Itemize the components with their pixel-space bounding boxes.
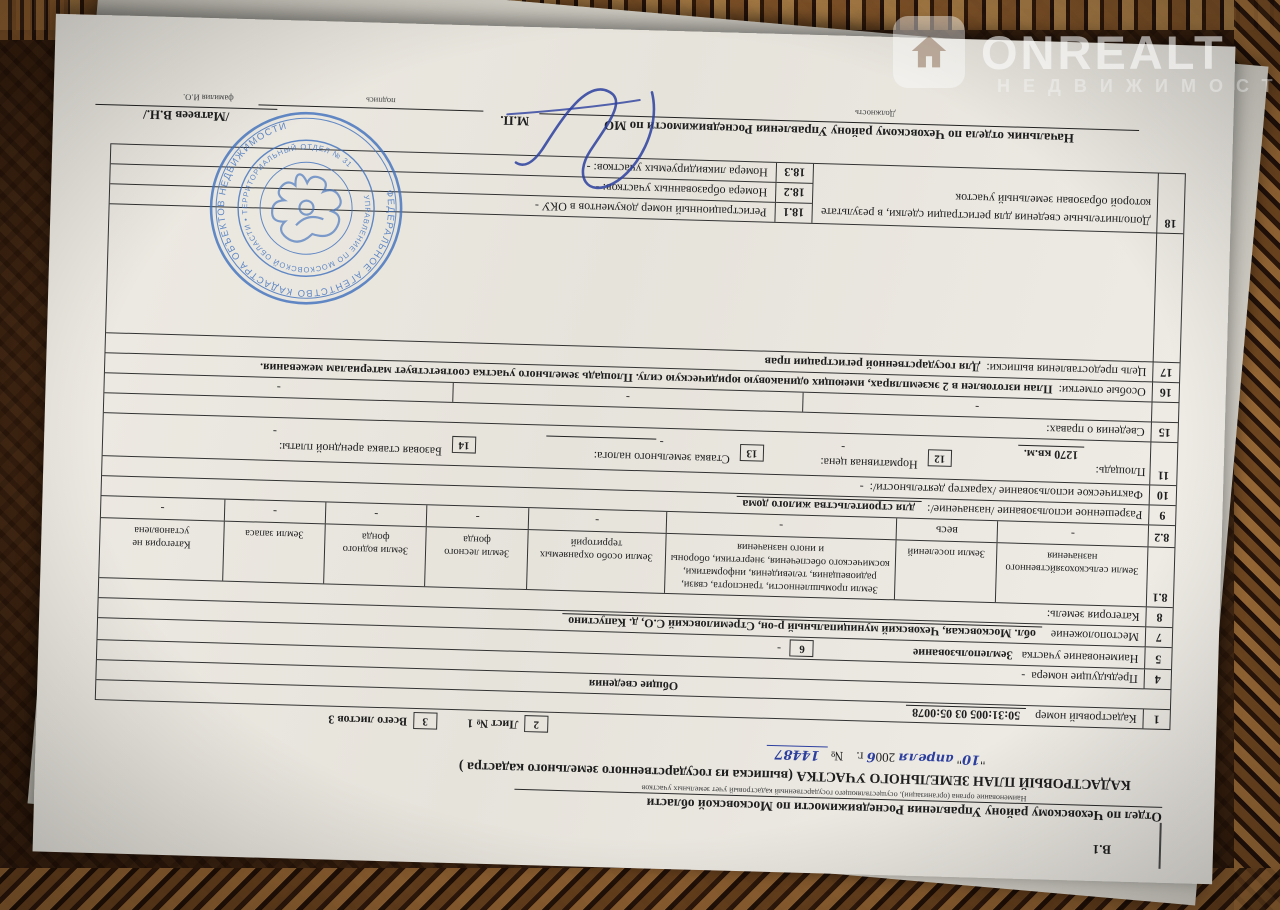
photo-scene: В.1 Отдел по Чеховскому району Управлени…	[0, 0, 1280, 910]
land-tax-dash: -	[659, 436, 663, 450]
special-notes-label: Особые отметки:	[1058, 383, 1146, 399]
row18-num: 18	[1156, 174, 1185, 234]
subrow-18-2-num: 18.2	[775, 183, 813, 203]
document-sheet: В.1 Отдел по Чеховскому району Управлени…	[33, 14, 1236, 885]
handwritten-year-digit: 6	[866, 749, 875, 764]
empty-num-cell	[1153, 234, 1184, 363]
blank-line	[547, 436, 657, 450]
normative-price-value: -	[841, 440, 845, 455]
value-col-not-set: -	[101, 497, 224, 521]
quote-close: "	[957, 752, 963, 767]
value-col-reserve: -	[224, 500, 326, 524]
row17-num: 17	[1152, 363, 1180, 383]
additional-info-label: Дополнительные сведения для регистрации …	[811, 164, 1158, 233]
rent-rate-group: Базовая ставка арендной платы: -	[103, 420, 447, 460]
pen-signature-squiggle	[489, 58, 668, 223]
row6-value: -	[777, 642, 781, 656]
sheets-total-box: 3Всего листов 3	[328, 710, 437, 730]
sheets-total-label: Всего листов 3	[328, 713, 407, 729]
handwritten-number: 14487	[766, 745, 828, 763]
year-printed: 200	[875, 750, 895, 766]
category-col-water: Земли водного фонда	[323, 525, 426, 586]
rent-rate-value: -	[273, 424, 277, 439]
watermark-subtitle-text: НЕДВИЖИМОСТЬ	[997, 76, 1280, 97]
value-col-agricultural: -	[997, 522, 1148, 547]
value-col-protected: -	[527, 509, 665, 534]
box-3: 3	[413, 712, 437, 730]
box-13: 13	[740, 444, 764, 462]
row1-num: 1	[1142, 709, 1170, 729]
value-col-water: -	[325, 503, 427, 527]
category-col-agricultural: Земли сельскохозяйственного назначения	[995, 544, 1147, 607]
stamp-eagle-emblem	[265, 167, 347, 246]
handwritten-month: апреля	[898, 750, 954, 767]
box-2: 2	[524, 715, 548, 733]
row7-num: 7	[1145, 627, 1173, 647]
form-code-label: В.1	[1092, 841, 1111, 858]
parcel-name-value: Землепользование	[913, 646, 1013, 663]
area-value: 1270 кв.м.	[1018, 445, 1085, 463]
row8-num: 8	[1145, 607, 1173, 627]
actual-use-value: -	[859, 481, 863, 495]
extract-purpose-label: Цель предоставления выписки:	[986, 361, 1147, 379]
row10-num: 10	[1149, 486, 1177, 506]
row5-num: 5	[1144, 647, 1172, 669]
row6-group: 6 -	[777, 642, 814, 657]
name-caption: фамилия И.О.	[183, 93, 234, 104]
quote-open: "	[980, 753, 986, 768]
box-12: 12	[928, 449, 952, 467]
subrow-18-3-num: 18.3	[776, 163, 814, 183]
previous-numbers-label: Предыдущие номера	[1031, 669, 1138, 686]
row82-num: 8.2	[1147, 526, 1175, 548]
cadastral-number-value: 50:31:005 03 05:0078	[906, 705, 1026, 723]
row16-num: 16	[1152, 383, 1180, 403]
house-icon	[893, 16, 965, 88]
number-label: №	[831, 749, 844, 764]
sheet-number-label: Лист № 1	[467, 716, 519, 731]
svg-text:УПРАВЛЕНИЕ ПО МОСКОВСКОЙ ОБЛАС: УПРАВЛЕНИЕ ПО МОСКОВСКОЙ ОБЛАСТИ • ТЕРРИ…	[227, 130, 384, 287]
normative-price-group: Нормативная цена: -	[764, 438, 923, 472]
cadastral-plan-form: В.1 Отдел по Чеховскому району Управлени…	[33, 14, 1236, 885]
land-tax-label: Ставка земельного налога:	[593, 448, 729, 467]
category-col-protected: Земли особо охраняемых территорий	[526, 531, 665, 593]
category-col-reserve: Земли запаса	[222, 522, 325, 583]
year-label: г.	[856, 749, 864, 764]
handwritten-day: 10	[962, 751, 981, 766]
location-label: Местоположение	[1051, 628, 1139, 644]
svg-text:ФЕДЕРАЛЬНОЕ АГЕНТСТВО КАДАСТРА: ФЕДЕРАЛЬНОЕ АГЕНТСТВО КАДАСТРА ОБЪЕКТОВ …	[199, 101, 414, 316]
permitted-use-value: для строительства жилого дома	[736, 496, 921, 516]
row4-num: 4	[1144, 669, 1172, 689]
land-tax-value: -	[547, 432, 664, 450]
onrealt-watermark: ONREALT НЕДВИЖИМОСТЬ	[893, 16, 1226, 88]
previous-numbers-value: -	[1021, 669, 1025, 683]
row11-num: 11	[1149, 443, 1177, 486]
category-col-forest: Земли лесного фонда	[424, 528, 527, 589]
row15-num-empty	[1151, 403, 1179, 423]
row81-num: 8.1	[1146, 548, 1175, 607]
sheet-number-box: 2Лист № 1	[467, 713, 549, 732]
watermark-brand-text: ONREALT	[981, 25, 1226, 80]
land-tax-group: Ставка земельного налога: -	[476, 430, 735, 467]
area-label: Площадь:	[1095, 463, 1146, 479]
rent-rate-label: Базовая ставка арендной платы:	[279, 440, 442, 460]
section-general-title: Общие сведения	[589, 676, 679, 693]
row9-num: 9	[1148, 506, 1176, 526]
subrow-18-1-num: 18.1	[774, 203, 812, 223]
position-caption: Должность	[855, 109, 896, 120]
value-col-forest: -	[426, 506, 528, 530]
category-col-settlements: Земли поселений	[894, 541, 997, 602]
box-14: 14	[452, 436, 476, 454]
area-group: Площадь: 1270 кв.м.	[951, 443, 1150, 480]
round-official-stamp: ФЕДЕРАЛЬНОЕ АГЕНТСТВО КАДАСТРА ОБЪЕКТОВ …	[184, 86, 428, 330]
category-col-industry: Земли промышленности, транспорта, связи,…	[664, 534, 896, 599]
value-col-settlements: весь	[895, 519, 997, 543]
box-6: 6	[790, 639, 814, 657]
category-col-not-set: Категория не установлена	[99, 519, 223, 581]
fold-mark	[1158, 823, 1161, 869]
row15-num: 15	[1150, 423, 1178, 443]
parcel-name-label: Наименование участка	[1022, 649, 1139, 666]
cadastral-number-label: Кадастровый номер	[1035, 709, 1137, 726]
stamp-outer-text: ФЕДЕРАЛЬНОЕ АГЕНТСТВО КАДАСТРА ОБЪЕКТОВ …	[199, 101, 414, 316]
normative-price-label: Нормативная цена:	[820, 455, 918, 473]
stamp-middle-text: УПРАВЛЕНИЕ ПО МОСКОВСКОЙ ОБЛАСТИ • ТЕРРИ…	[227, 130, 384, 287]
